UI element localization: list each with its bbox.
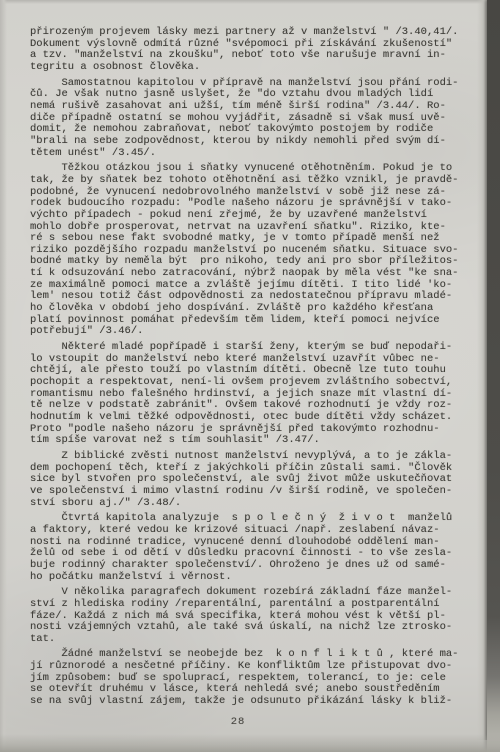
text-line: se na svůj vlastní zájem, takže je odsun…: [30, 696, 476, 708]
paragraph: Žádné manželství se neobejde bez k o n f…: [30, 649, 476, 707]
scanned-page: přirozeným projevem lásky mezi partnery …: [0, 0, 500, 752]
text-line: tegritu a osobnost člověka.: [30, 62, 476, 74]
text-line: tím spíše varovat než s tím souhlasit" /…: [30, 435, 476, 447]
paragraph: Samostatnou kapitolou v přípravě na manž…: [30, 78, 476, 160]
scan-edge-top-shadow: [0, 0, 500, 4]
text-line: nemá rušivě zasahovat ani užší, tím méně…: [30, 101, 476, 113]
scan-edge-bottom-shadow: [0, 734, 500, 752]
paragraph: V několika paragrafech dokument rozebírá…: [30, 587, 476, 645]
text-line: ství z hlediska rodiny /reparentální, pa…: [30, 599, 476, 611]
paragraph: Těžkou otázkou jsou i sňatky vynucené ot…: [30, 163, 476, 338]
scan-edge-left-shadow: [0, 0, 7, 752]
text-line: pochopit a respektovat, není-li ovšem pr…: [30, 377, 476, 389]
text-line: výchto případech - pokud není zřejmé, že…: [30, 210, 476, 222]
text-line: "brali na sebe zodpovědnost, kterou by n…: [30, 136, 476, 148]
text-line: tak, že by sňatek bez tohoto otěhotnění …: [30, 175, 476, 187]
text-line: tat.: [30, 634, 476, 646]
text-line: ho počátku manželství i věrnost.: [30, 572, 476, 584]
text-line: ství sboru aj./" /3.48/.: [30, 498, 476, 510]
text-line: tětem unést" /3.45/.: [30, 148, 476, 160]
text-line: hodnutím k velmi těžké odpovědnosti, ote…: [30, 412, 476, 424]
text-line: přirozeným projevem lásky mezi partnery …: [30, 27, 476, 39]
text-line: ve společenství i mimo vlastní rodinu /v…: [30, 486, 476, 498]
text-line: Z biblické zvěsti nutnost manželství nev…: [30, 451, 476, 463]
paragraph: přirozeným projevem lásky mezi partnery …: [30, 27, 476, 74]
paragraph: Z biblické zvěsti nutnost manželství nev…: [30, 451, 476, 509]
page-number: 28: [218, 716, 258, 728]
paragraph: Čtvrtá kapitola analyzuje s p o l e č n …: [30, 513, 476, 583]
text-line: Některé mladé popřípadě i starší ženy, k…: [30, 342, 476, 354]
text-line: ho člověka v období jeho dospívání. Zvlá…: [30, 303, 476, 315]
document-text: přirozeným projevem lásky mezi partnery …: [30, 27, 476, 708]
text-line: nosti vzájemných vztahů, ale také svá ús…: [30, 622, 476, 634]
text-line: buje rodinný charakter společenství/. Oh…: [30, 560, 476, 572]
paragraph: Některé mladé popřípadě i starší ženy, k…: [30, 342, 476, 447]
scan-dark-band-right: [487, 0, 500, 752]
paper-right-edge: [477, 0, 487, 740]
text-line: a faktory, které vedou ke krizové situac…: [30, 525, 476, 537]
text-line: potřebují" /3.46/.: [30, 326, 476, 338]
